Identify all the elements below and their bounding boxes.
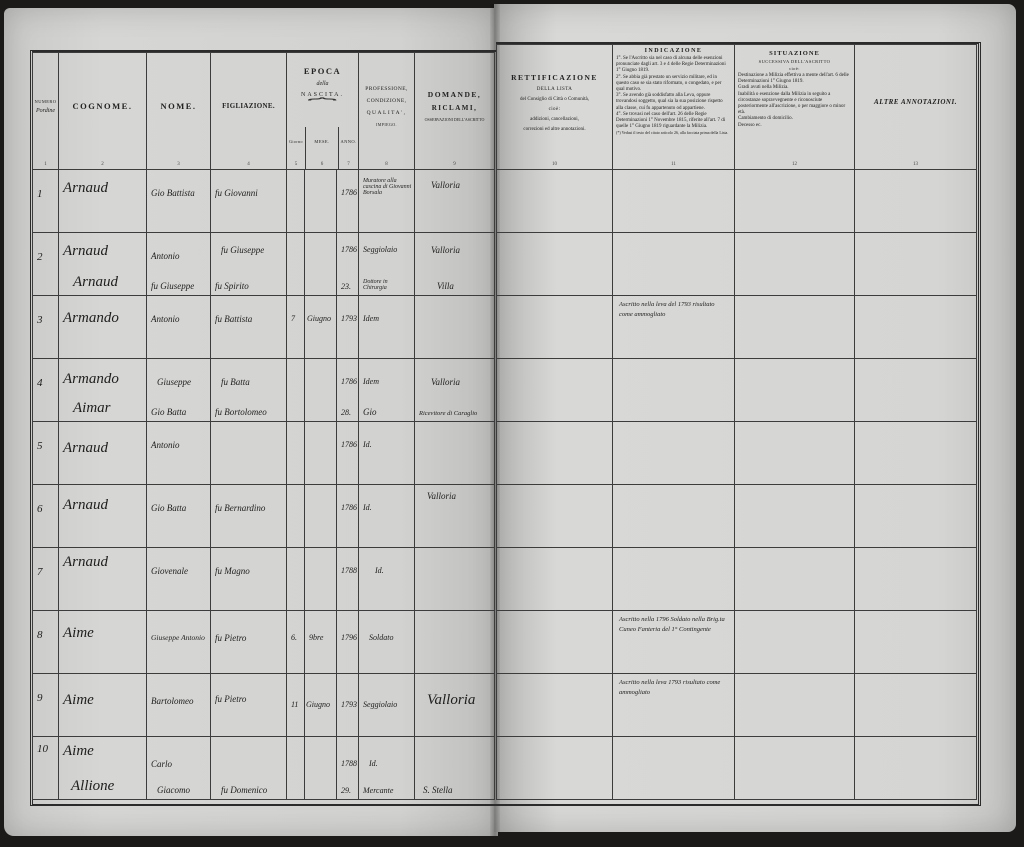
cell-giorno <box>287 548 305 611</box>
cell-cognome: ArnaudArnaud <box>59 233 147 296</box>
cell-indicazione <box>613 548 735 611</box>
table-row: 4 ArmandoAimar GiuseppeGio Batta fu Batt… <box>33 359 495 422</box>
cell-giorno <box>287 485 305 548</box>
table-row <box>497 737 977 800</box>
cell-rettificazione <box>497 233 613 296</box>
table-row <box>497 359 977 422</box>
cell-professione: Id. <box>359 485 415 548</box>
cell-domande: Valloria <box>415 674 495 737</box>
cell-cognome: Arnaud <box>59 422 147 485</box>
cell-figliazione: fu Battista <box>211 296 287 359</box>
header-situazione: SITUAZIONE SUCCESSIVA DELL'ASCRITTO cioè… <box>735 45 855 170</box>
header-nome: NOME. 3 <box>147 53 211 170</box>
cell-figliazione <box>211 422 287 485</box>
cell-giorno: 7 <box>287 296 305 359</box>
cell-rettificazione <box>497 296 613 359</box>
cell-nome: Antonio <box>147 296 211 359</box>
register-table-left: NUMEROPordine 1 COGNOME. 2 NOME. 3 FIGLI… <box>32 52 495 800</box>
cell-situazione <box>735 674 855 737</box>
cell-altre <box>855 422 977 485</box>
cell-giorno <box>287 233 305 296</box>
cell-cognome: AimeAllione <box>59 737 147 800</box>
cell-professione: Seggiolaio <box>359 674 415 737</box>
header-giorno: Giorno 5 <box>287 127 306 169</box>
header-figliazione: FIGLIAZIONE. 4 <box>211 53 287 170</box>
header-cognome: COGNOME. 2 <box>59 53 147 170</box>
header-domande: DOMANDE, RICLAMI, OSSERVAZIONI DELL'ASCR… <box>415 53 495 170</box>
cell-cognome: Arnaud <box>59 548 147 611</box>
cell-mese <box>305 548 337 611</box>
cell-indicazione: Ascritto nella leva 1793 risultato come … <box>613 674 735 737</box>
table-row: Ascritto nella 1796 Soldato nella Brig.t… <box>497 611 977 674</box>
table-row: 2 ArnaudArnaud Antoniofu Giuseppe fu Giu… <box>33 233 495 296</box>
table-row <box>497 170 977 233</box>
cell-situazione <box>735 422 855 485</box>
cell-nome: Gio Batta <box>147 485 211 548</box>
table-row <box>497 485 977 548</box>
table-row: 8 Aime Giuseppe Antonio fu Pietro 6. 9br… <box>33 611 495 674</box>
cell-mese <box>305 170 337 233</box>
cell-indicazione <box>613 359 735 422</box>
cell-altre <box>855 674 977 737</box>
cell-giorno <box>287 359 305 422</box>
cell-numero: 4 <box>33 359 59 422</box>
cell-mese <box>305 233 337 296</box>
cell-rettificazione <box>497 422 613 485</box>
cell-figliazione: fu Giovanni <box>211 170 287 233</box>
cell-rettificazione <box>497 737 613 800</box>
cell-indicazione <box>613 422 735 485</box>
cell-figliazione: fu Domenico <box>211 737 287 800</box>
cell-figliazione: fu Giuseppefu Spirito <box>211 233 287 296</box>
header-indicazione: INDICAZIONE 1°. Se l'Ascritto sia nel ca… <box>613 45 735 170</box>
cell-anno: 1788 <box>337 548 359 611</box>
cell-situazione <box>735 485 855 548</box>
cell-domande <box>415 296 495 359</box>
cell-indicazione <box>613 737 735 800</box>
cell-numero: 7 <box>33 548 59 611</box>
cell-situazione <box>735 170 855 233</box>
cell-cognome: Arnaud <box>59 485 147 548</box>
cell-anno: 1786 <box>337 422 359 485</box>
cell-nome: Antoniofu Giuseppe <box>147 233 211 296</box>
cell-anno: 178829. <box>337 737 359 800</box>
cell-cognome: Aime <box>59 674 147 737</box>
cell-anno: 1796 <box>337 611 359 674</box>
cell-anno: 1793 <box>337 674 359 737</box>
cell-giorno <box>287 422 305 485</box>
cell-domande: S. Stella <box>415 737 495 800</box>
table-row: 6 Arnaud Gio Batta fu Bernardino 1786 Id… <box>33 485 495 548</box>
cell-rettificazione <box>497 485 613 548</box>
cell-cognome: ArmandoAimar <box>59 359 147 422</box>
cell-anno: 1786 <box>337 485 359 548</box>
cell-cognome: Aime <box>59 611 147 674</box>
cell-professione: Idem <box>359 296 415 359</box>
cell-professione: IdemGio <box>359 359 415 422</box>
cell-numero: 2 <box>33 233 59 296</box>
cell-cognome: Armando <box>59 296 147 359</box>
table-row: 3 Armando Antonio fu Battista 7 Giugno 1… <box>33 296 495 359</box>
cell-numero: 10 <box>33 737 59 800</box>
cell-professione: Id. <box>359 422 415 485</box>
cell-giorno <box>287 737 305 800</box>
cell-professione: Soldato <box>359 611 415 674</box>
cell-domande <box>415 548 495 611</box>
cell-altre <box>855 737 977 800</box>
cell-domande <box>415 422 495 485</box>
cell-professione: Muratore alla cascina di Giovanni Borsal… <box>359 170 415 233</box>
header-professione: PROFESSIONE, CONDIZIONE, QUALITA', IMPIE… <box>359 53 415 170</box>
cell-figliazione: fu Pietro <box>211 611 287 674</box>
cell-domande <box>415 611 495 674</box>
cell-anno: 1786 <box>337 170 359 233</box>
table-row <box>497 422 977 485</box>
cell-mese: Giugno <box>305 296 337 359</box>
header-epoca-nascita: EPOCA della NASCITA. ⏞ Giorno 5 MESE. 6 … <box>287 53 359 170</box>
cell-nome: CarloGiacomo <box>147 737 211 800</box>
cell-mese: 9bre <box>305 611 337 674</box>
cell-cognome: Arnaud <box>59 170 147 233</box>
header-numero: NUMEROPordine 1 <box>33 53 59 170</box>
cell-altre <box>855 548 977 611</box>
cell-nome: Gio Battista <box>147 170 211 233</box>
cell-situazione <box>735 233 855 296</box>
cell-professione: SeggiolaioDottore in Chirurgia <box>359 233 415 296</box>
header-anno: ANNO. 7 <box>339 127 358 169</box>
table-row: 5 Arnaud Antonio 1786 Id. <box>33 422 495 485</box>
header-mese: MESE. 6 <box>306 127 339 169</box>
cell-professione: Id. <box>359 548 415 611</box>
cell-anno: 178628. <box>337 359 359 422</box>
cell-rettificazione <box>497 548 613 611</box>
header-row: RETTIFICAZIONE DELLA LISTA del Consiglio… <box>497 45 977 170</box>
table-row <box>497 548 977 611</box>
cell-giorno: 11 <box>287 674 305 737</box>
cell-figliazione: fu Bernardino <box>211 485 287 548</box>
cell-mese <box>305 422 337 485</box>
cell-numero: 5 <box>33 422 59 485</box>
cell-numero: 8 <box>33 611 59 674</box>
table-row: 7 Arnaud Giovenale fu Magno 1788 Id. <box>33 548 495 611</box>
cell-nome: Giuseppe Antonio <box>147 611 211 674</box>
cell-situazione <box>735 359 855 422</box>
header-altre-annotazioni: ALTRE ANNOTAZIONI. 13 <box>855 45 977 170</box>
cell-domande: Valloria <box>415 170 495 233</box>
cell-giorno: 6. <box>287 611 305 674</box>
cell-nome: Antonio <box>147 422 211 485</box>
cell-situazione <box>735 296 855 359</box>
cell-altre <box>855 485 977 548</box>
cell-domande: Valloria <box>415 485 495 548</box>
cell-altre <box>855 170 977 233</box>
cell-figliazione: fu Magno <box>211 548 287 611</box>
cell-indicazione <box>613 170 735 233</box>
cell-numero: 1 <box>33 170 59 233</box>
cell-altre <box>855 296 977 359</box>
header-row: NUMEROPordine 1 COGNOME. 2 NOME. 3 FIGLI… <box>33 53 495 170</box>
cell-indicazione: Ascritto nella leva del 1793 risultato c… <box>613 296 735 359</box>
cell-nome: GiuseppeGio Batta <box>147 359 211 422</box>
header-rettificazione: RETTIFICAZIONE DELLA LISTA del Consiglio… <box>497 45 613 170</box>
table-row: Ascritto nella leva 1793 risultato come … <box>497 674 977 737</box>
cell-figliazione: fu Battafu Bortolomeo <box>211 359 287 422</box>
cell-mese: Giugno <box>305 674 337 737</box>
cell-mese <box>305 359 337 422</box>
cell-indicazione: Ascritto nella 1796 Soldato nella Brig.t… <box>613 611 735 674</box>
cell-rettificazione <box>497 170 613 233</box>
cell-giorno <box>287 170 305 233</box>
table-row <box>497 233 977 296</box>
table-row: 1 Arnaud Gio Battista fu Giovanni 1786 M… <box>33 170 495 233</box>
cell-situazione <box>735 611 855 674</box>
register-table-right: RETTIFICAZIONE DELLA LISTA del Consiglio… <box>496 44 977 800</box>
cell-rettificazione <box>497 674 613 737</box>
cell-nome: Giovenale <box>147 548 211 611</box>
cell-domande: ValloriaRicevitore di Caraglio <box>415 359 495 422</box>
cell-indicazione <box>613 485 735 548</box>
table-row: Ascritto nella leva del 1793 risultato c… <box>497 296 977 359</box>
table-row: 10 AimeAllione CarloGiacomo fu Domenico … <box>33 737 495 800</box>
cell-numero: 6 <box>33 485 59 548</box>
cell-professione: Id.Mercante <box>359 737 415 800</box>
cell-mese <box>305 737 337 800</box>
cell-numero: 3 <box>33 296 59 359</box>
cell-domande: ValloriaVilla <box>415 233 495 296</box>
cell-nome: Bartolomeo <box>147 674 211 737</box>
cell-altre <box>855 359 977 422</box>
cell-indicazione <box>613 233 735 296</box>
cell-altre <box>855 233 977 296</box>
cell-situazione <box>735 737 855 800</box>
cell-rettificazione <box>497 611 613 674</box>
cell-altre <box>855 611 977 674</box>
cell-mese <box>305 485 337 548</box>
cell-anno: 1793 <box>337 296 359 359</box>
cell-figliazione: fu Pietro <box>211 674 287 737</box>
cell-anno: 178623. <box>337 233 359 296</box>
cell-numero: 9 <box>33 674 59 737</box>
cell-rettificazione <box>497 359 613 422</box>
table-row: 9 Aime Bartolomeo fu Pietro 11 Giugno 17… <box>33 674 495 737</box>
cell-situazione <box>735 548 855 611</box>
